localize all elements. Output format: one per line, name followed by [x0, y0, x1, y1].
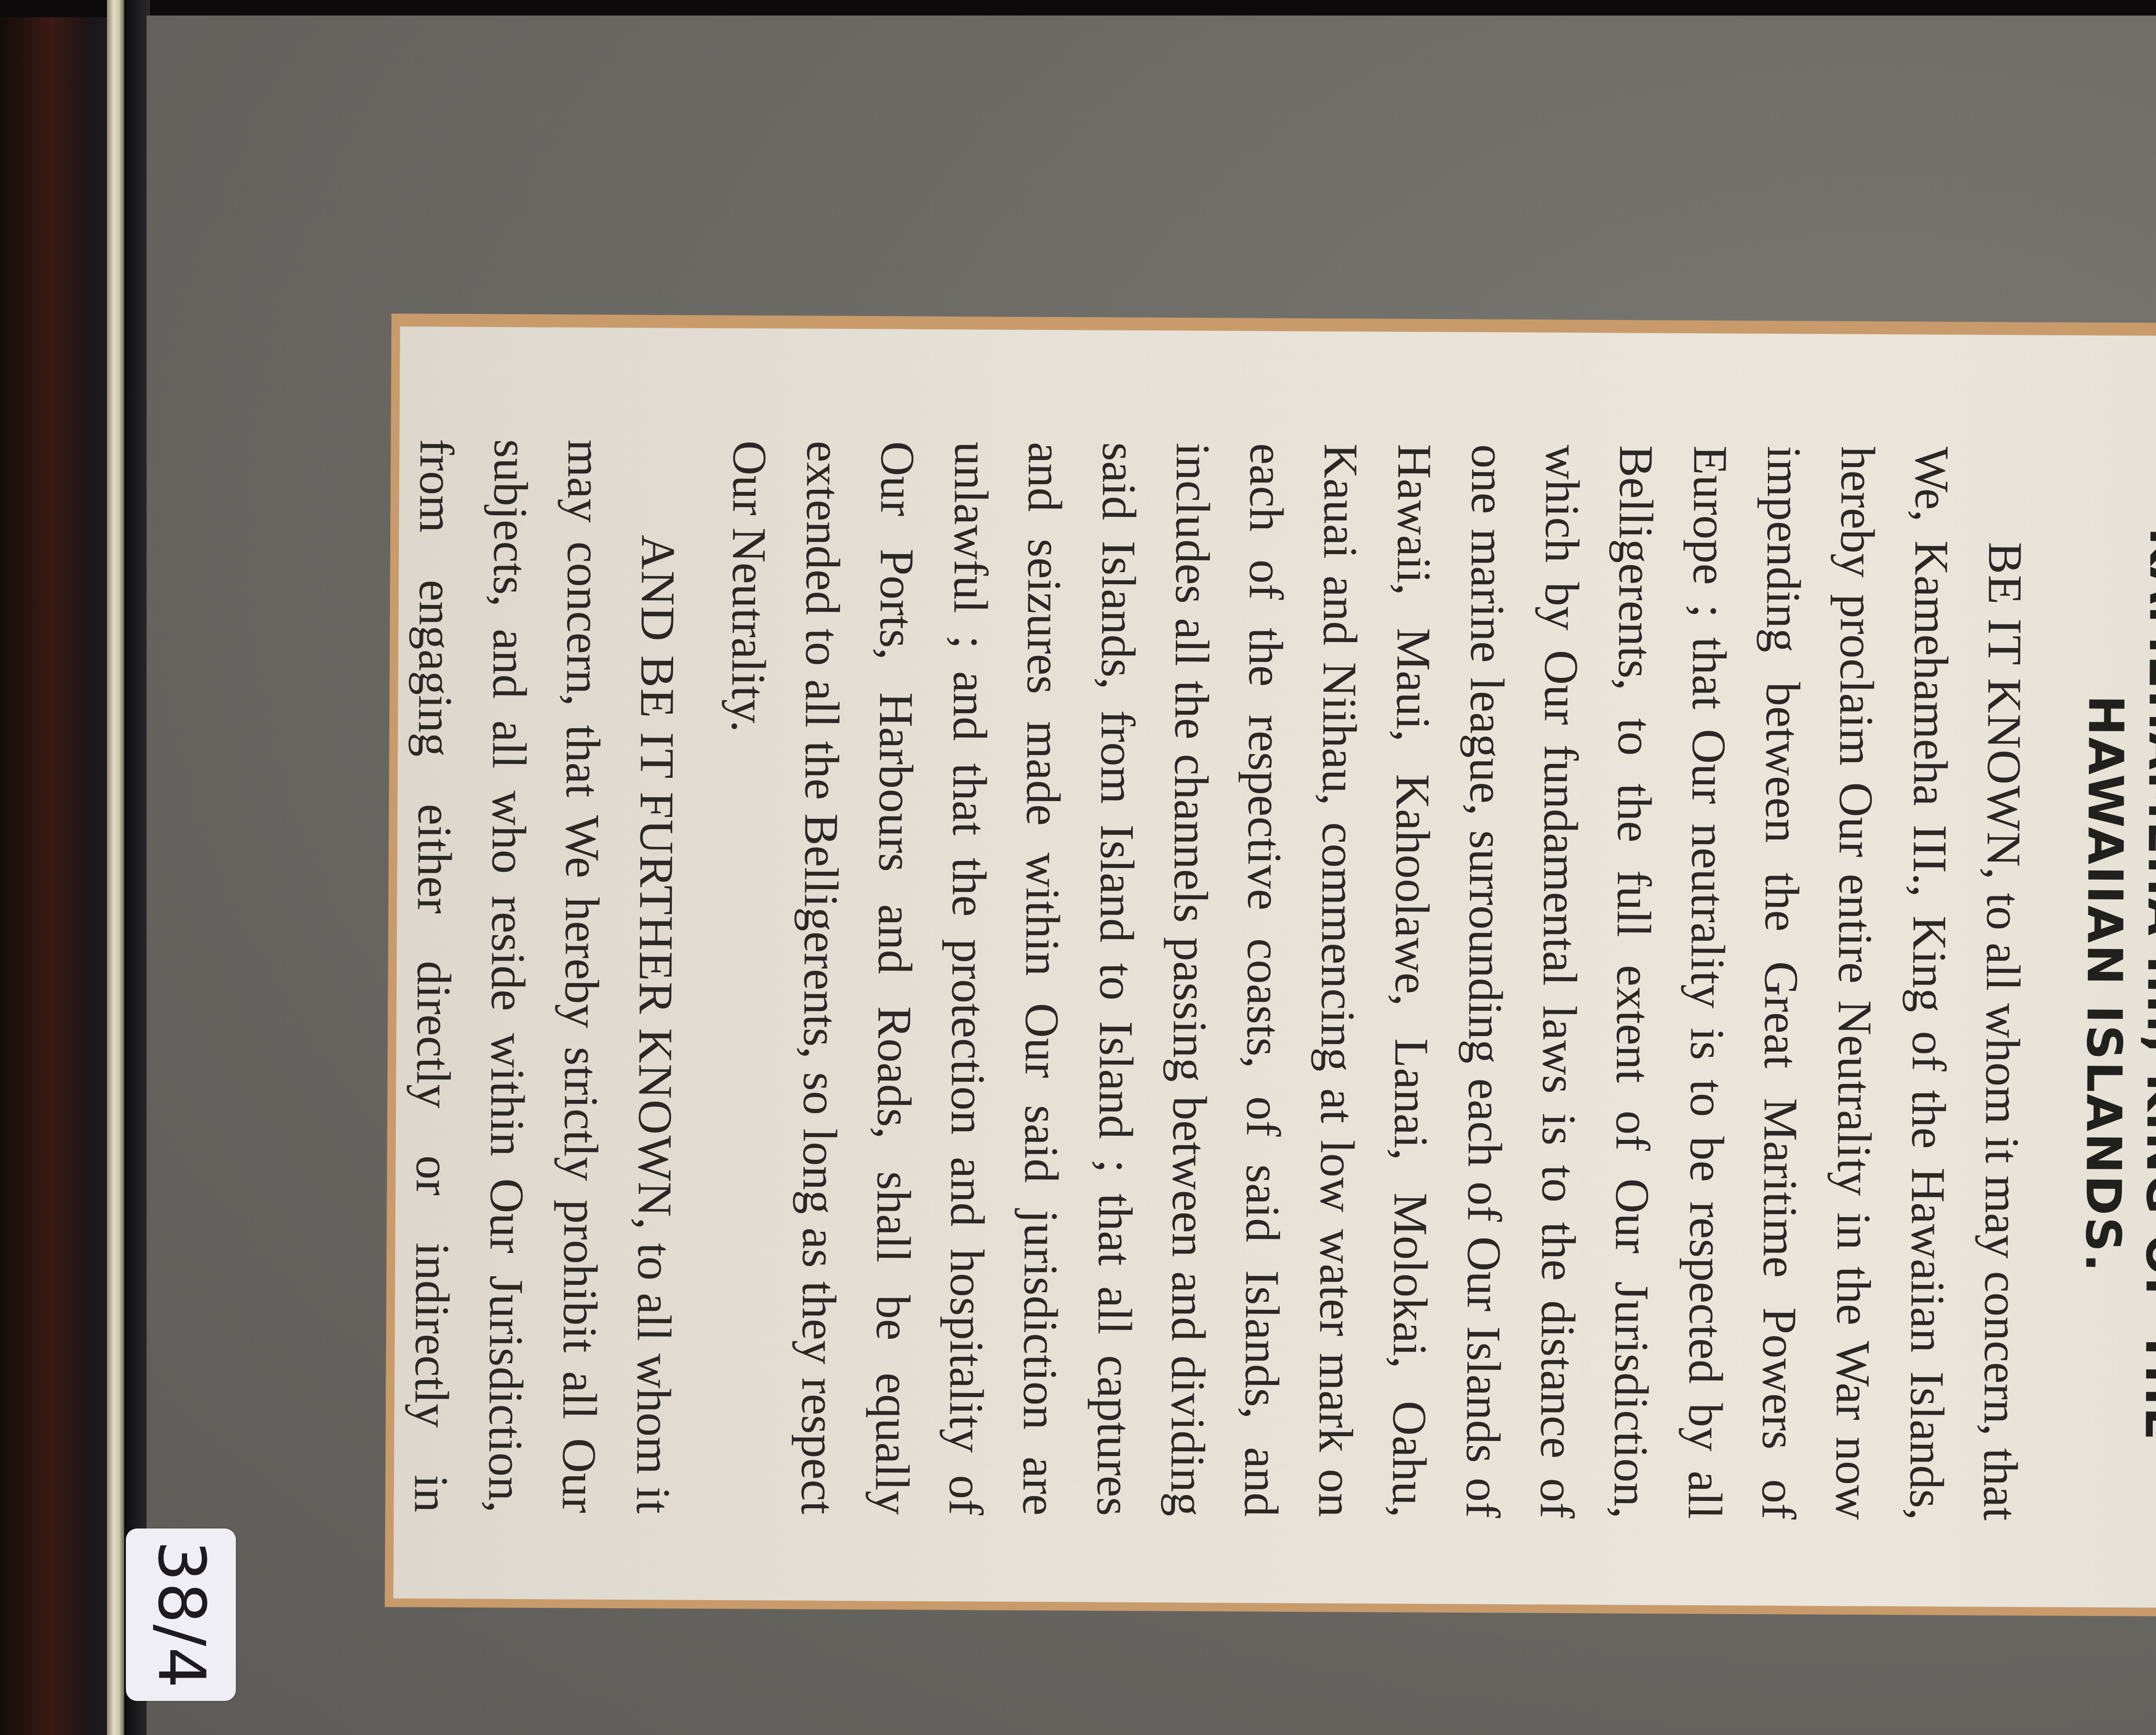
- proclamation-document: PROCLAMATION! KAMEHAMEHA III., KING OF T…: [393, 326, 2156, 1609]
- paragraph-privateering: AND BE IT FURTHER KNOWN, to all whom it …: [393, 438, 695, 1514]
- document-paper: PROCLAMATION! KAMEHAMEHA III., KING OF T…: [393, 326, 2156, 1609]
- paragraph-1-lead: BE IT KNOWN,: [1977, 542, 2032, 880]
- frame-gilt-fillet: [107, 0, 124, 1735]
- frame-top-edge: [0, 0, 2156, 17]
- paragraph-neutrality: BE IT KNOWN, to all whom it may concern,…: [707, 440, 2042, 1521]
- subtitle-line-2: HAWAIIAN ISLANDS.: [2071, 448, 2137, 1522]
- paragraph-1-body: to all whom it may concern, that We, Kam…: [721, 440, 2030, 1521]
- paragraph-2-lead: AND BE IT FURTHER KNOWN,: [627, 535, 684, 1231]
- sticker-label: 38/4: [144, 1541, 219, 1689]
- frame-inner-shadow: [124, 0, 150, 1735]
- document-subtitle: KAMEHAMEHA III., KING OF THE HAWAIIAN IS…: [2071, 448, 2156, 1522]
- inventory-sticker: 38/4: [126, 1528, 236, 1701]
